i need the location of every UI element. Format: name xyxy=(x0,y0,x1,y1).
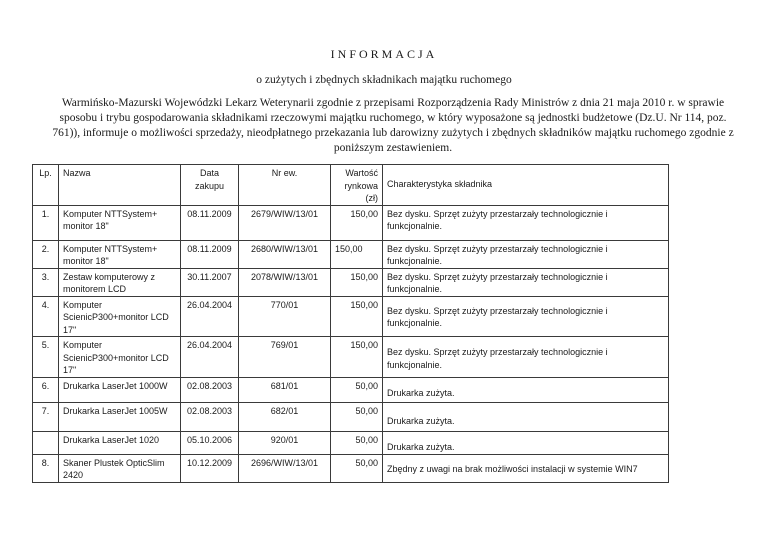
row-description-text: Bez dysku. Sprzęt zużyty przestarzały te… xyxy=(387,208,664,233)
row-market-value: 150,00 xyxy=(331,337,383,378)
row-lp: 4. xyxy=(33,296,59,337)
row-lp: 5. xyxy=(33,337,59,378)
row-description: Bez dysku. Sprzęt zużyty przestarzały te… xyxy=(383,337,669,378)
row-inventory-no: 682/01 xyxy=(239,402,331,431)
row-market-value: 150,00 xyxy=(331,268,383,296)
row-name: Komputer NTTSystem+ monitor 18" xyxy=(59,240,181,268)
row-description-text: Drukarka zużyta. xyxy=(387,434,664,454)
row-description-text: Bez dysku. Sprzęt zużyty przestarzały te… xyxy=(387,299,664,330)
row-description-text: Bez dysku. Sprzęt zużyty przestarzały te… xyxy=(387,243,664,268)
row-purchase-date: 30.11.2007 xyxy=(181,268,239,296)
row-lp: 2. xyxy=(33,240,59,268)
header-description-label: Charakterystyka składnika xyxy=(387,167,664,191)
row-description-text: Bez dysku. Sprzęt zużyty przestarzały te… xyxy=(387,271,664,296)
row-name: Komputer NTTSystem+ monitor 18" xyxy=(59,205,181,240)
row-inventory-no: 2679/WIW/13/01 xyxy=(239,205,331,240)
row-description: Bez dysku. Sprzęt zużyty przestarzały te… xyxy=(383,296,669,337)
table-header-row: Lp. Nazwa Data zakupu Nr ew. Wartość ryn… xyxy=(33,165,669,206)
row-lp: 3. xyxy=(33,268,59,296)
row-inventory-no: 920/01 xyxy=(239,431,331,454)
row-purchase-date: 02.08.2003 xyxy=(181,402,239,431)
row-name: Komputer ScienicP300+monitor LCD 17" xyxy=(59,296,181,337)
row-purchase-date: 05.10.2006 xyxy=(181,431,239,454)
header-inventory-no: Nr ew. xyxy=(239,165,331,206)
table-row: 6.Drukarka LaserJet 1000W02.08.2003681/0… xyxy=(33,377,669,402)
table-row: 2.Komputer NTTSystem+ monitor 18"08.11.2… xyxy=(33,240,669,268)
document-subtitle: o zużytych i zbędnych składnikach majątk… xyxy=(0,74,768,86)
header-name: Nazwa xyxy=(59,165,181,206)
table-row: 4.Komputer ScienicP300+monitor LCD 17"26… xyxy=(33,296,669,337)
row-purchase-date: 26.04.2004 xyxy=(181,296,239,337)
row-purchase-date: 10.12.2009 xyxy=(181,454,239,482)
table-row: 5.Komputer ScienicP300+monitor LCD 17"26… xyxy=(33,337,669,378)
row-purchase-date: 08.11.2009 xyxy=(181,240,239,268)
row-market-value: 50,00 xyxy=(331,431,383,454)
row-lp: 7. xyxy=(33,402,59,431)
document-intro: Warmińsko-Mazurski Wojewódzki Lekarz Wet… xyxy=(48,96,738,156)
document-title: INFORMACJA xyxy=(0,47,768,62)
table-row: 3.Zestaw komputerowy z monitorem LCD30.1… xyxy=(33,268,669,296)
row-description-text: Drukarka zużyta. xyxy=(387,380,664,400)
table-row: 7.Drukarka LaserJet 1005W02.08.2003682/0… xyxy=(33,402,669,431)
row-description-text: Drukarka zużyta. xyxy=(387,405,664,428)
row-name: Skaner Plustek OpticSlim 2420 xyxy=(59,454,181,482)
row-name: Drukarka LaserJet 1020 xyxy=(59,431,181,454)
table-row: Drukarka LaserJet 102005.10.2006920/0150… xyxy=(33,431,669,454)
inventory-table: Lp. Nazwa Data zakupu Nr ew. Wartość ryn… xyxy=(32,164,669,483)
row-market-value: 150,00 xyxy=(331,240,383,268)
row-name: Zestaw komputerowy z monitorem LCD xyxy=(59,268,181,296)
row-description: Bez dysku. Sprzęt zużyty przestarzały te… xyxy=(383,205,669,240)
header-lp: Lp. xyxy=(33,165,59,206)
row-description-text: Zbędny z uwagi na brak możliwości instal… xyxy=(387,457,664,476)
row-lp: 1. xyxy=(33,205,59,240)
row-description: Bez dysku. Sprzęt zużyty przestarzały te… xyxy=(383,268,669,296)
row-purchase-date: 02.08.2003 xyxy=(181,377,239,402)
row-market-value: 150,00 xyxy=(331,296,383,337)
row-name: Komputer ScienicP300+monitor LCD 17" xyxy=(59,337,181,378)
row-name: Drukarka LaserJet 1005W xyxy=(59,402,181,431)
row-lp xyxy=(33,431,59,454)
row-description: Drukarka zużyta. xyxy=(383,431,669,454)
row-description: Zbędny z uwagi na brak możliwości instal… xyxy=(383,454,669,482)
row-lp: 8. xyxy=(33,454,59,482)
header-description: Charakterystyka składnika xyxy=(383,165,669,206)
row-name: Drukarka LaserJet 1000W xyxy=(59,377,181,402)
row-inventory-no: 2696/WIW/13/01 xyxy=(239,454,331,482)
row-inventory-no: 2680/WIW/13/01 xyxy=(239,240,331,268)
row-inventory-no: 681/01 xyxy=(239,377,331,402)
table-row: 1.Komputer NTTSystem+ monitor 18"08.11.2… xyxy=(33,205,669,240)
row-purchase-date: 08.11.2009 xyxy=(181,205,239,240)
header-market-value: Wartość rynkowa (zł) xyxy=(331,165,383,206)
table-row: 8.Skaner Plustek OpticSlim 242010.12.200… xyxy=(33,454,669,482)
row-description: Drukarka zużyta. xyxy=(383,377,669,402)
row-market-value: 50,00 xyxy=(331,402,383,431)
row-lp: 6. xyxy=(33,377,59,402)
row-market-value: 150,00 xyxy=(331,205,383,240)
row-market-value: 50,00 xyxy=(331,377,383,402)
row-purchase-date: 26.04.2004 xyxy=(181,337,239,378)
row-inventory-no: 2078/WIW/13/01 xyxy=(239,268,331,296)
row-market-value: 50,00 xyxy=(331,454,383,482)
row-inventory-no: 769/01 xyxy=(239,337,331,378)
row-description-text: Bez dysku. Sprzęt zużyty przestarzały te… xyxy=(387,339,664,371)
row-inventory-no: 770/01 xyxy=(239,296,331,337)
row-description: Bez dysku. Sprzęt zużyty przestarzały te… xyxy=(383,240,669,268)
header-purchase-date: Data zakupu xyxy=(181,165,239,206)
row-description: Drukarka zużyta. xyxy=(383,402,669,431)
